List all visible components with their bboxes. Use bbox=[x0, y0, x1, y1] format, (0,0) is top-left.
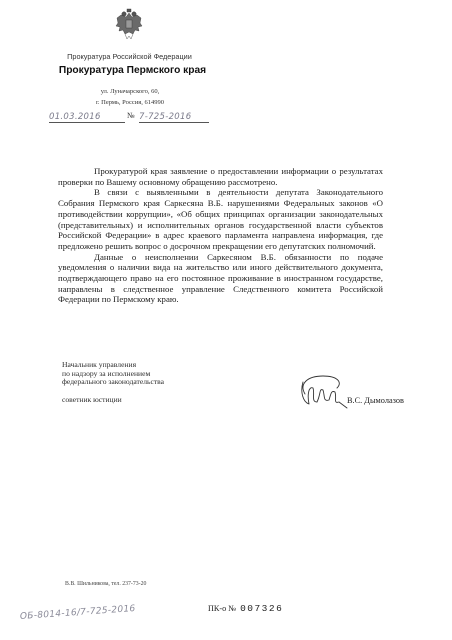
org-parent-name: Прокуратура Российской Федерации bbox=[67, 52, 192, 61]
signer-name: В.С. Дымолазов bbox=[347, 396, 404, 405]
body-paragraph-3: Данные о неисполнении Саркесяном В.Б. об… bbox=[58, 252, 383, 306]
body-paragraph-2: В связи с выявленными в деятельности деп… bbox=[58, 187, 383, 251]
signer-rank: советник юстиции bbox=[62, 395, 122, 404]
form-number: ПК-о №007326 bbox=[208, 603, 283, 614]
handwritten-signature bbox=[297, 374, 359, 414]
registration-number: 7-725-2016 bbox=[139, 111, 209, 123]
org-name: Прокуратура Пермского края bbox=[55, 65, 210, 76]
signer-position: Начальник управления по надзору за испол… bbox=[62, 361, 164, 387]
executor-contact: В.В. Шильникова, тел. 237-73-20 bbox=[65, 581, 146, 587]
form-number-value: 007326 bbox=[240, 603, 283, 614]
address-street: ул. Луначарского, 60, bbox=[80, 88, 180, 95]
registration-number-label: № bbox=[127, 111, 135, 120]
form-number-label: ПК-о № bbox=[208, 604, 236, 613]
letter-body: Прокуратурой края заявление о предоставл… bbox=[58, 166, 383, 305]
registration-date: 01.03.2016 bbox=[49, 111, 125, 123]
address-city: г. Пермь, Россия, 614990 bbox=[70, 99, 190, 106]
handwritten-reference: ОБ-8014-16/7-725-2016 bbox=[20, 603, 136, 623]
body-paragraph-1: Прокуратурой края заявление о предоставл… bbox=[58, 166, 383, 187]
coat-of-arms-emblem bbox=[115, 8, 143, 42]
